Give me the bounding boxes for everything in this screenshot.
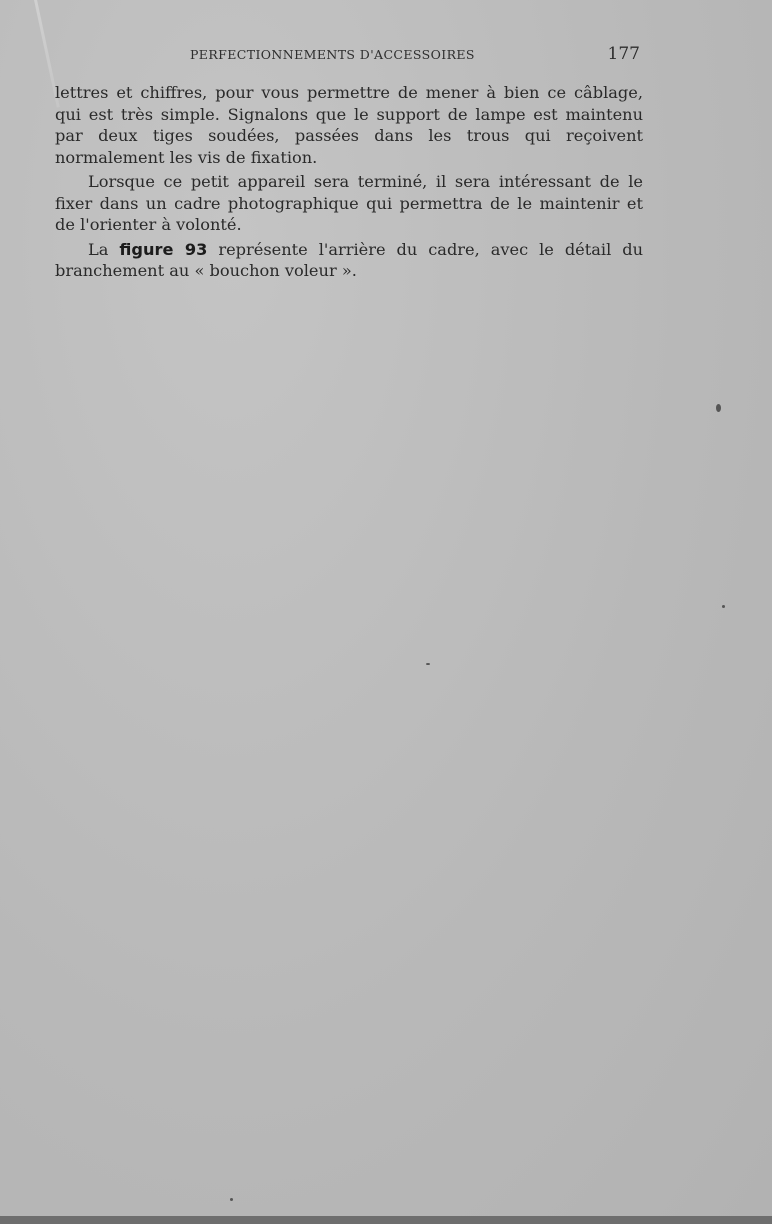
running-header: PERFECTIONNEMENTS D'ACCESSOIRES 177 [190,44,640,64]
paragraph-1: lettres et chiffres, pour vous permettre… [55,82,643,168]
paper-speck [722,605,725,608]
figure-reference: figure 93 [119,240,207,259]
scan-bottom-edge [0,1216,772,1224]
paragraph-3: La figure 93 représente l'arrière du cad… [55,239,643,282]
paragraph-3-prefix: La [88,240,119,259]
paper-speck [716,404,721,412]
page-number: 177 [608,44,640,64]
paper-speck [426,663,430,665]
body-text: lettres et chiffres, pour vous permettre… [55,82,643,285]
scanned-page: PERFECTIONNEMENTS D'ACCESSOIRES 177 lett… [0,0,772,1216]
paper-speck [230,1198,233,1201]
running-title: PERFECTIONNEMENTS D'ACCESSOIRES [190,47,475,62]
paragraph-2: Lorsque ce petit appareil sera terminé, … [55,171,643,236]
